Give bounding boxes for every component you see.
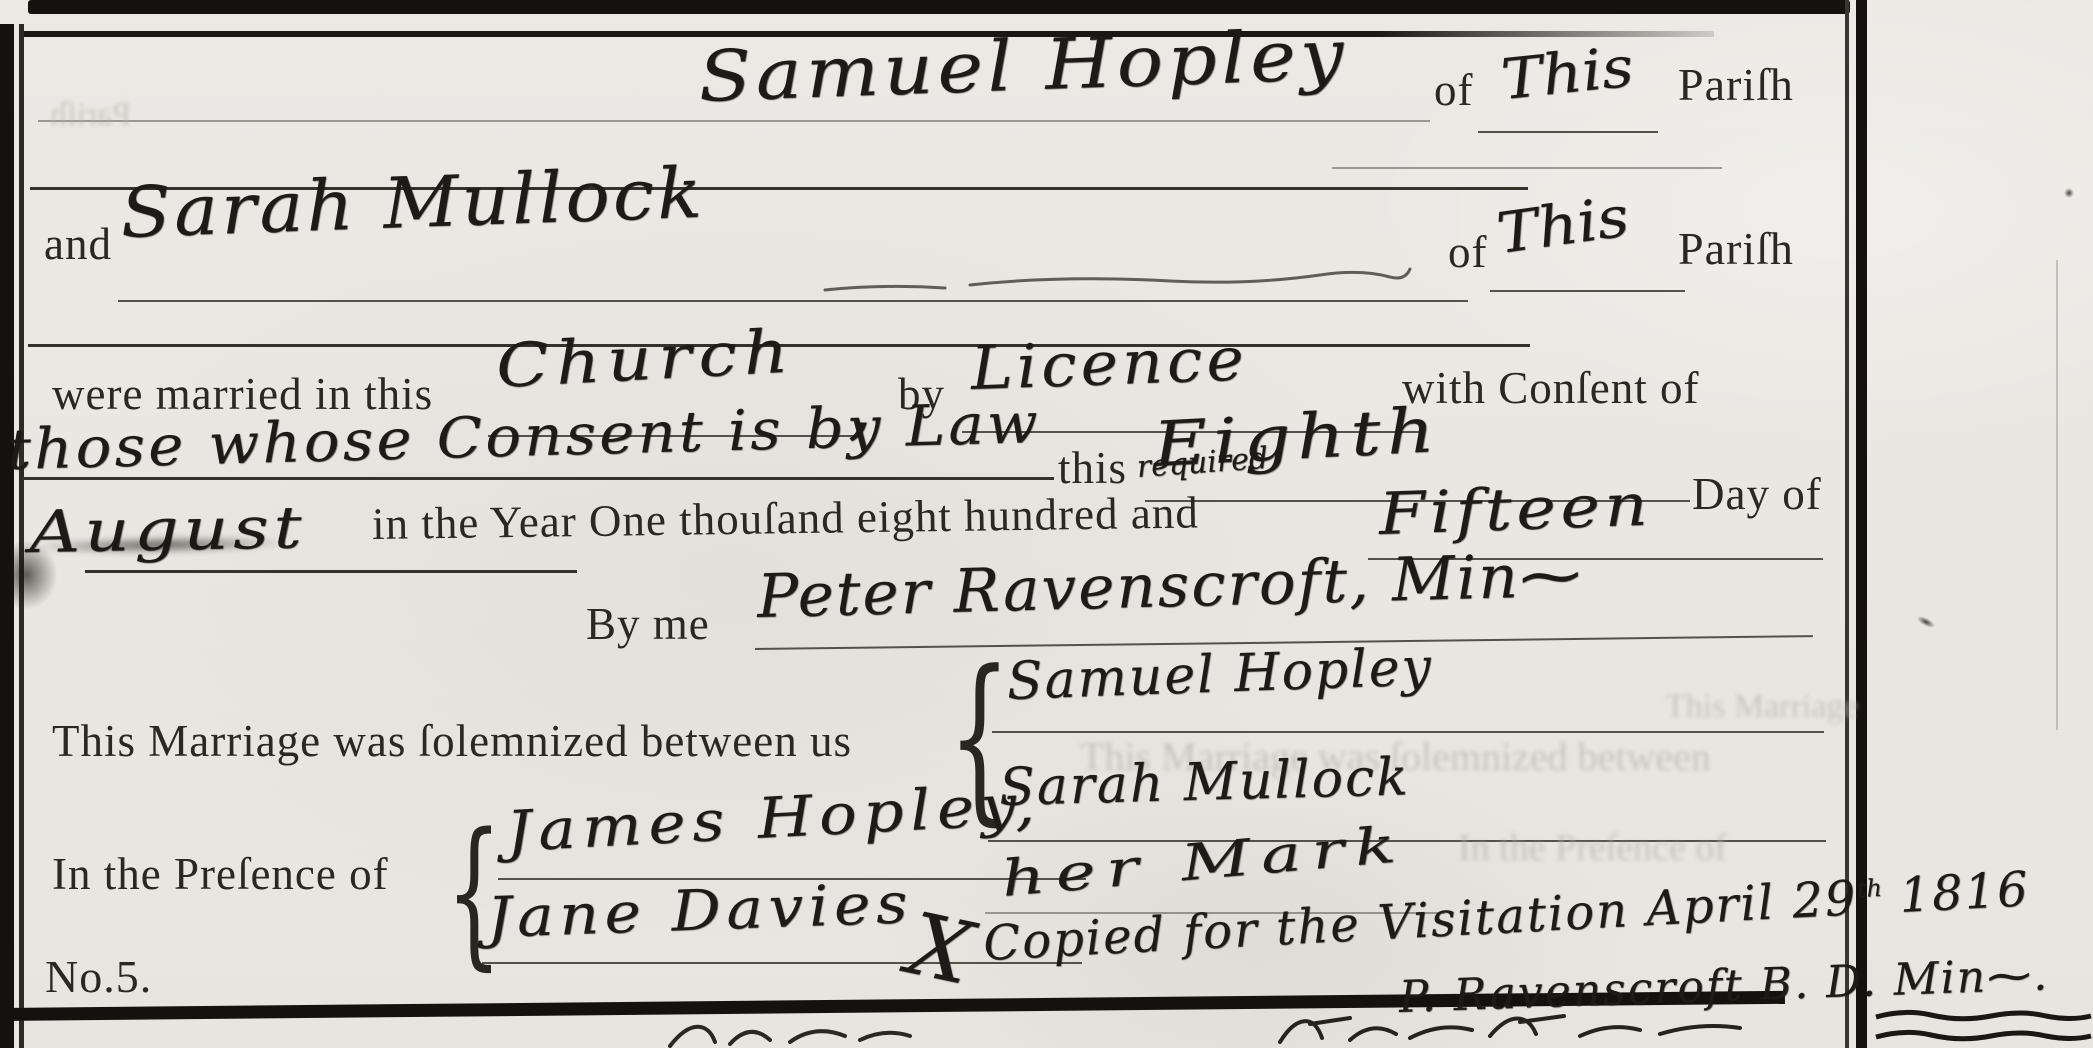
printed-of-label: of [1448, 226, 1488, 278]
next-entry-handwriting-fragment [660, 1018, 920, 1048]
bleed-through-text: This Marriage [1665, 688, 1859, 726]
form-line [1490, 290, 1685, 292]
ink-speck [6, 360, 14, 374]
printed-parish-label: Pariſh [1678, 222, 1794, 275]
printed-and-label: and [44, 218, 112, 270]
groom-name-handwriting: Samuel Hopley [697, 13, 1349, 118]
printed-solemnized: This Marriage was ſolemnized between us [52, 715, 852, 767]
ditto-wavy-lines [1874, 1005, 2093, 1048]
printed-with-consent: with Conſent of [1402, 362, 1699, 414]
left-border-line [19, 24, 24, 1048]
printed-day-of: Day of [1692, 468, 1822, 520]
witness2-signature-handwriting: Jane Davies [486, 871, 914, 951]
ink-speck [2064, 188, 2074, 198]
bride-residence-handwriting: This [1493, 184, 1633, 267]
form-line [38, 120, 1430, 122]
pen-dash-flourish [820, 255, 1420, 300]
page-edge-faint-line [2056, 260, 2058, 730]
printed-presence: In the Preſence of [52, 848, 389, 900]
printed-this-label: this [1058, 442, 1127, 494]
ink-speck [1915, 614, 1936, 630]
groom-residence-handwriting: This [1498, 35, 1636, 113]
form-line [85, 570, 577, 573]
her-mark-handwriting: her Mark [999, 815, 1409, 908]
ink-blot [0, 540, 58, 610]
marriage-register-scan: Pariſh This Marriage This Marriage was ſ… [0, 0, 2093, 1048]
form-line [1332, 167, 1722, 169]
bride-name-handwriting: Sarah Mullock [119, 152, 706, 254]
printed-year-text: in the Year One thouſand eight hundred a… [372, 486, 1199, 550]
annotation-ordinal: th [1856, 874, 1883, 903]
top-thick-rule [28, 0, 1850, 14]
form-line [1478, 131, 1658, 133]
printed-parish-label: Pariſh [1678, 58, 1794, 111]
bride-signature-handwriting: Sarah Mullock [998, 747, 1410, 818]
day-handwriting: Eighth [1151, 393, 1442, 481]
form-line [118, 300, 1468, 302]
witness1-signature-handwriting: James Hopley, [505, 772, 1043, 865]
bleed-through-text: In the Preſence of [1458, 826, 1727, 870]
printed-of-label: of [1434, 64, 1474, 116]
next-entry-handwriting-fragment [1270, 1012, 1750, 1048]
bleed-through-text: Pariſh [50, 96, 131, 134]
printed-by-me: By me [586, 598, 710, 650]
place-handwriting: Church [494, 316, 796, 402]
entry-number: No.5. [45, 950, 152, 1003]
left-border-bar [0, 24, 14, 1048]
annotation-year: 1816 [1898, 861, 2031, 924]
year-handwriting: Fifteen [1378, 471, 1653, 548]
groom-signature-handwriting: Samuel Hopley [1006, 637, 1434, 712]
officiant-signature-handwriting: Peter Ravenscroft, Min⁓ [756, 540, 1584, 632]
